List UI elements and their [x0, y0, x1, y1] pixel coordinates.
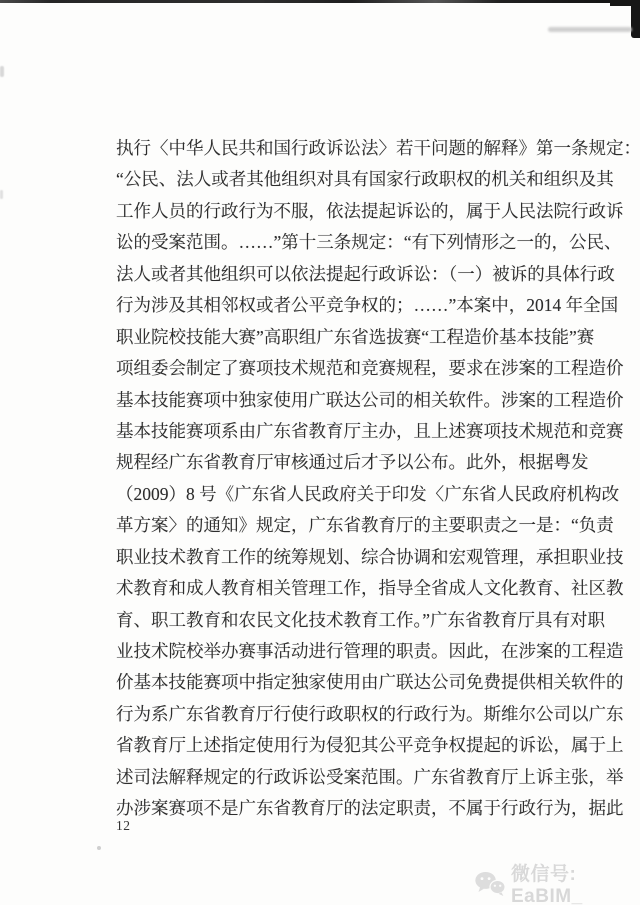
text-line: 法人或者其他组织可以依法提起行政诉讼：（一）被诉的具体行政: [116, 259, 583, 290]
scan-artifact-speck: [0, 190, 3, 199]
text-line: 基本技能赛项系由广东省教育厅主办，且上述赛项技术规范和竞赛: [116, 416, 583, 447]
text-line: 办涉案赛项不是广东省教育厅的法定职责，不属于行政行为，据此: [116, 793, 583, 824]
wechat-icon: [474, 870, 506, 897]
text-line: 讼的受案范围。……”第十三条规定：“有下列情形之一的，公民、: [116, 227, 583, 258]
text-line: 职业技术教育工作的统筹规划、综合协调和宏观管理，承担职业技: [116, 542, 583, 573]
page-number: 12: [116, 818, 131, 834]
watermark: 微信号: EaBIM_: [474, 859, 640, 905]
text-line: 基本技能赛项中独家使用广联达公司的相关软件。涉案的工程造价: [116, 385, 583, 416]
text-line: 项组委会制定了赛项技术规范和竞赛规程，要求在涉案的工程造价: [116, 353, 583, 384]
text-line: （2009）8 号《广东省人民政府关于印发〈广东省人民政府机构改: [116, 479, 583, 510]
text-line: 述司法解释规定的行政诉讼受案范围。广东省教育厅上诉主张，举: [116, 762, 583, 793]
text-line: 行为涉及其相邻权或者公平竞争权的；……”本案中，2014 年全国: [116, 290, 583, 321]
scanned-document-page: 执行〈中华人民共和国行政诉讼法〉若干问题的解释》第一条规定： “公民、法人或者其…: [0, 0, 640, 905]
text-line: 工作人员的行政行为不服，依法提起诉讼的，属于人民法院行政诉: [116, 196, 583, 227]
text-line: 育、职工教育和农民文化技术教育工作。”广东省教育厅具有对职: [116, 605, 583, 636]
text-line: 执行〈中华人民共和国行政诉讼法〉若干问题的解释》第一条规定：: [116, 133, 583, 164]
scan-artifact-speck: [97, 846, 101, 850]
text-line: 革方案〉的通知》规定，广东省教育厅的主要职责之一是：“负责: [116, 510, 583, 541]
text-line: 省教育厅上述指定使用行为侵犯其公平竞争权提起的诉讼，属于上: [116, 730, 583, 761]
text-line: 职业院校技能大赛”高职组广东省选拔赛“工程造价基本技能”赛: [116, 322, 583, 353]
scan-artifact-speck: [0, 66, 4, 77]
text-line: 业技术院校举办赛事活动进行管理的职责。因此，在涉案的工程造: [116, 636, 583, 667]
document-text-block: 执行〈中华人民共和国行政诉讼法〉若干问题的解释》第一条规定： “公民、法人或者其…: [116, 133, 583, 825]
scan-artifact-smudge: [548, 27, 632, 32]
text-line: 价基本技能赛项中指定独家使用由广联达公司免费提供相关软件的: [116, 667, 583, 698]
text-line: 行为系广东省教育厅行使行政职权的行政行为。斯维尔公司以广东: [116, 699, 583, 730]
text-line: 术教育和成人教育相关管理工作，指导全省成人文化教育、社区教: [116, 573, 583, 604]
scan-artifact-top-edge: [0, 0, 640, 3]
text-line: “公民、法人或者其他组织对具有国家行政职权的机关和组织及其: [116, 164, 583, 195]
scan-artifact-corner-cap: [610, 0, 636, 6]
watermark-text: 微信号: EaBIM_: [511, 859, 640, 905]
text-line: 规程经广东省教育厅审核通过后才予以公布。此外，根据粤发: [116, 447, 583, 478]
